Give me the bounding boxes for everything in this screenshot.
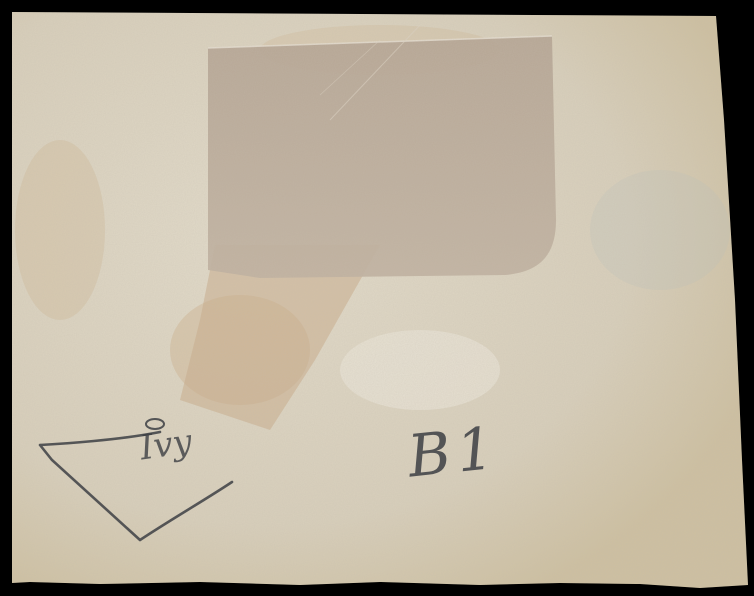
stamp-paper <box>0 0 754 596</box>
pencil-note-left: Ivy <box>137 422 194 469</box>
pencil-note-b1: B1 <box>405 413 503 490</box>
stamp-photo: B1 Ivy <box>0 0 754 596</box>
